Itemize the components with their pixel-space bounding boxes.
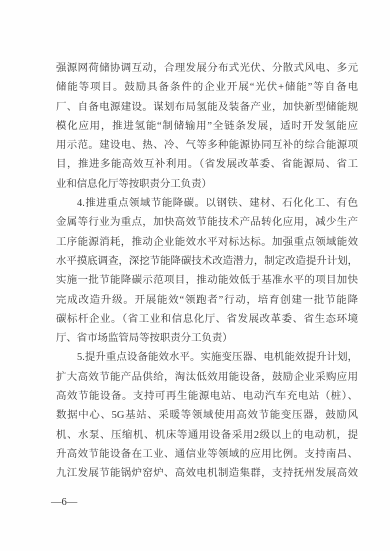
text-line: 4.推进重点领域节能降碳。以钢铁、建材、石化化工、有色	[56, 194, 358, 213]
text-line: 完成改造升级。开展能效“领跑者”行动，培育创建一批节能降	[56, 291, 358, 310]
text-line: 升高效节能设备在工业、通信业等领域的应用比例。支持南昌、	[56, 445, 358, 464]
text-line: 厅、省市场监管局等按职责分工负责）	[56, 329, 358, 348]
text-line: 用示范。建设电、热、冷、气等多种能源协同互补的综合能源项	[56, 136, 358, 155]
text-line: 碳标杆企业。（省工业和信息化厅、省发展改革委、省生态环境	[56, 310, 358, 329]
text-line: 业和信息化厅等按职责分工负责）	[56, 175, 358, 194]
text-line: 工序能源消耗，推动企业能效水平对标达标。加强重点领域能效	[56, 233, 358, 252]
text-line: 强源网荷储协调互动，合理发展分布式光伏、分散式风电、多元	[56, 59, 358, 78]
text-line: 模化应用，推进氢能“制储输用”全链条发展，适时开发氢能应	[56, 117, 358, 136]
document-body: 强源网荷储协调互动，合理发展分布式光伏、分散式风电、多元储能等项目。鼓励具备条件…	[56, 59, 358, 484]
text-line: 储能等项目。鼓励具备条件的企业开展“光伏+储能”等自备电	[56, 78, 358, 97]
text-line: 5.提升重点设备能效水平。实施变压器、电机能效提升计划，	[56, 348, 358, 367]
text-line: 机、水泵、压缩机、机床等通用设备采用2级以上的电动机，提	[56, 426, 358, 445]
text-line: 目，推进多能高效互补利用。（省发展改革委、省能源局、省工	[56, 155, 358, 174]
text-line: 扩大高效节能产品供给，淘汰低效用能设备，鼓励企业采购应用	[56, 368, 358, 387]
document-page: 强源网荷储协调互动，合理发展分布式光伏、分散式风电、多元储能等项目。鼓励具备条件…	[0, 0, 390, 551]
text-line: 金属等行业为重点，加快高效节能技术产品转化应用，减少生产	[56, 213, 358, 232]
text-line: 实施一批节能降碳示范项目，推动能效低于基准水平的项目加快	[56, 271, 358, 290]
text-line: 九江发展节能锅炉窑炉、高效电机制造集群，支持抚州发展高效	[56, 464, 358, 483]
text-line: 高效节能设备。支持可再生能源电站、电动汽车充电站（桩）、	[56, 387, 358, 406]
text-line: 数据中心、5G基站、采暖等领域使用高效节能变压器，鼓励风	[56, 406, 358, 425]
text-line: 厂、自备电源建设。谋划布局氢能及装备产业，加快新型储能规	[56, 98, 358, 117]
text-line: 水平摸底调查，深挖节能降碳技术改造潜力，制定改造提升计划，	[56, 252, 358, 271]
page-number: —6—	[51, 496, 77, 510]
